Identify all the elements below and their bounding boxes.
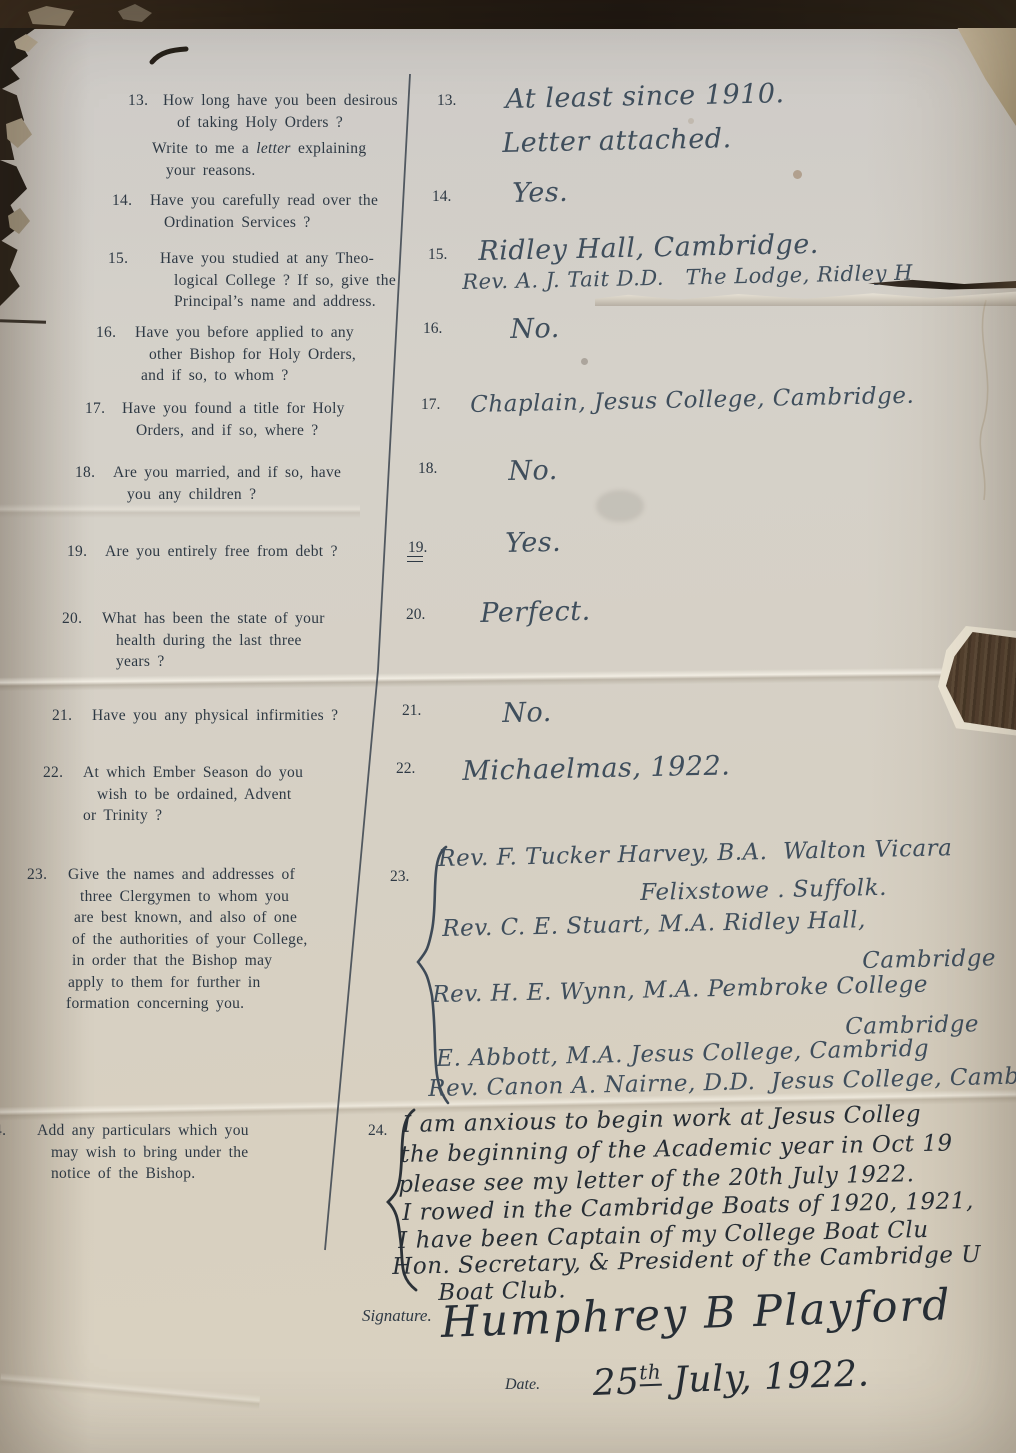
- question-text: Have you any physical infirmities ?: [92, 705, 338, 727]
- question-text: Have you before applied to any: [135, 322, 356, 344]
- question-text: formation concerning you.: [66, 993, 308, 1015]
- answer-number: 15.: [428, 246, 447, 264]
- date-ordinal: th: [639, 1360, 662, 1387]
- question-text: Add any particulars which you: [37, 1120, 249, 1142]
- question-20: 20. What has been the state of your heal…: [102, 608, 325, 673]
- question-text: logical College ? If so, give the: [174, 270, 396, 292]
- question-text: Principal’s name and address.: [174, 291, 396, 313]
- answer-19-text: Yes.: [505, 527, 562, 559]
- question-text: What has been the state of your: [102, 608, 325, 630]
- question-text: years ?: [116, 651, 325, 673]
- question-number: 20.: [62, 608, 82, 630]
- question-number: 21.: [52, 705, 72, 727]
- question-text: other Bishop for Holy Orders,: [149, 344, 356, 366]
- photo-background-top: [0, 0, 1016, 29]
- question-number: 16.: [96, 322, 116, 344]
- question-number: 15.: [108, 248, 128, 270]
- answer-23-text: Cambridge: [862, 945, 996, 974]
- question-13-note: Write to me a letter explaining your rea…: [152, 138, 366, 181]
- question-21: 21. Have you any physical infirmities ?: [92, 705, 338, 727]
- question-number: 19.: [67, 541, 87, 563]
- answer-number: 17.: [421, 396, 440, 414]
- answer-18-text: No.: [508, 455, 558, 487]
- question-text: in order that the Bishop may: [72, 950, 308, 972]
- question-text: wish to be ordained, Advent: [97, 784, 303, 806]
- question-text: or Trinity ?: [83, 805, 303, 827]
- question-number: 17.: [85, 398, 105, 420]
- answer-14-text: Yes.: [512, 177, 569, 209]
- question-text: Have you found a title for Holy: [122, 398, 345, 420]
- note-text: your reasons.: [166, 160, 366, 182]
- question-text: Have you carefully read over the: [150, 190, 378, 212]
- answer-number: 23.: [390, 868, 409, 886]
- question-text: you any children ?: [127, 484, 341, 506]
- question-14: 14. Have you carefully read over the Ord…: [150, 190, 378, 233]
- answer-22-text: Michaelmas, 1922.: [462, 750, 731, 787]
- question-number: 14.: [112, 190, 132, 212]
- question-text: of taking Holy Orders ?: [177, 112, 398, 134]
- question-text: How long have you been desirous: [163, 90, 398, 112]
- question-text: apply to them for further in: [68, 972, 308, 994]
- question-number: 24.: [0, 1120, 6, 1142]
- answer-number: 21.: [402, 702, 421, 720]
- question-number: 13.: [128, 90, 148, 112]
- question-text: may wish to bring under the: [51, 1142, 249, 1164]
- signature-label: Signature.: [362, 1306, 432, 1326]
- answer-number: 19.: [408, 539, 427, 557]
- question-text: At which Ember Season do you: [83, 762, 303, 784]
- question-text: Give the names and addresses of: [68, 864, 308, 886]
- question-number: 22.: [43, 762, 63, 784]
- question-text: Ordination Services ?: [164, 212, 378, 234]
- question-text: notice of the Bishop.: [51, 1163, 249, 1185]
- answer-number: 18.: [418, 460, 437, 478]
- question-text: Are you entirely free from debt ?: [105, 541, 338, 563]
- question-19: 19. Are you entirely free from debt ?: [105, 541, 338, 563]
- question-24: 24. Add any particulars which you may wi…: [37, 1120, 249, 1185]
- date-label: Date.: [505, 1376, 540, 1394]
- question-text: and if so, to whom ?: [141, 365, 356, 387]
- answer-23-text: Felixstowe . Suffolk.: [640, 875, 887, 906]
- question-22: 22. At which Ember Season do you wish to…: [83, 762, 303, 827]
- answer-13-text: At least since 1910.: [505, 78, 785, 115]
- scanned-ordination-form: 13. How long have you been desirous of t…: [0, 0, 1016, 1453]
- answer-number: 20.: [406, 606, 425, 624]
- question-16: 16. Have you before applied to any other…: [135, 322, 356, 387]
- question-number: 18.: [75, 462, 95, 484]
- answer-20-text: Perfect.: [480, 596, 591, 629]
- question-text: three Clergymen to whom you: [80, 886, 308, 908]
- question-13: 13. How long have you been desirous of t…: [163, 90, 398, 133]
- question-23: 23. Give the names and addresses of thre…: [68, 864, 308, 1015]
- torn-paper-fragment: [118, 4, 152, 22]
- question-text: Orders, and if so, where ?: [136, 420, 345, 442]
- note-text: Write to me a letter explaining: [152, 138, 366, 160]
- question-text: Are you married, and if so, have: [113, 462, 341, 484]
- question-17: 17. Have you found a title for Holy Orde…: [122, 398, 345, 441]
- question-number: 23.: [27, 864, 47, 886]
- answer-number: 24.: [368, 1122, 387, 1140]
- answer-number: 22.: [396, 760, 415, 778]
- question-15: 15. Have you studied at any Theo- logica…: [160, 248, 396, 313]
- answer-number: 13.: [437, 92, 456, 110]
- question-18: 18. Are you married, and if so, have you…: [113, 462, 341, 505]
- answer-16-text: No.: [510, 313, 560, 345]
- question-text: health during the last three: [116, 630, 325, 652]
- answer-number: 16.: [423, 320, 442, 338]
- question-text: are best known, and also of one: [74, 907, 308, 929]
- answer-number: 14.: [432, 188, 451, 206]
- answer-19-underline: [407, 556, 423, 562]
- answer-13-text: Letter attached.: [502, 123, 732, 159]
- question-text: of the authorities of your College,: [72, 929, 308, 951]
- question-text: Have you studied at any Theo-: [160, 248, 396, 270]
- answer-21-text: No.: [502, 697, 552, 729]
- torn-paper-fragment: [28, 6, 74, 26]
